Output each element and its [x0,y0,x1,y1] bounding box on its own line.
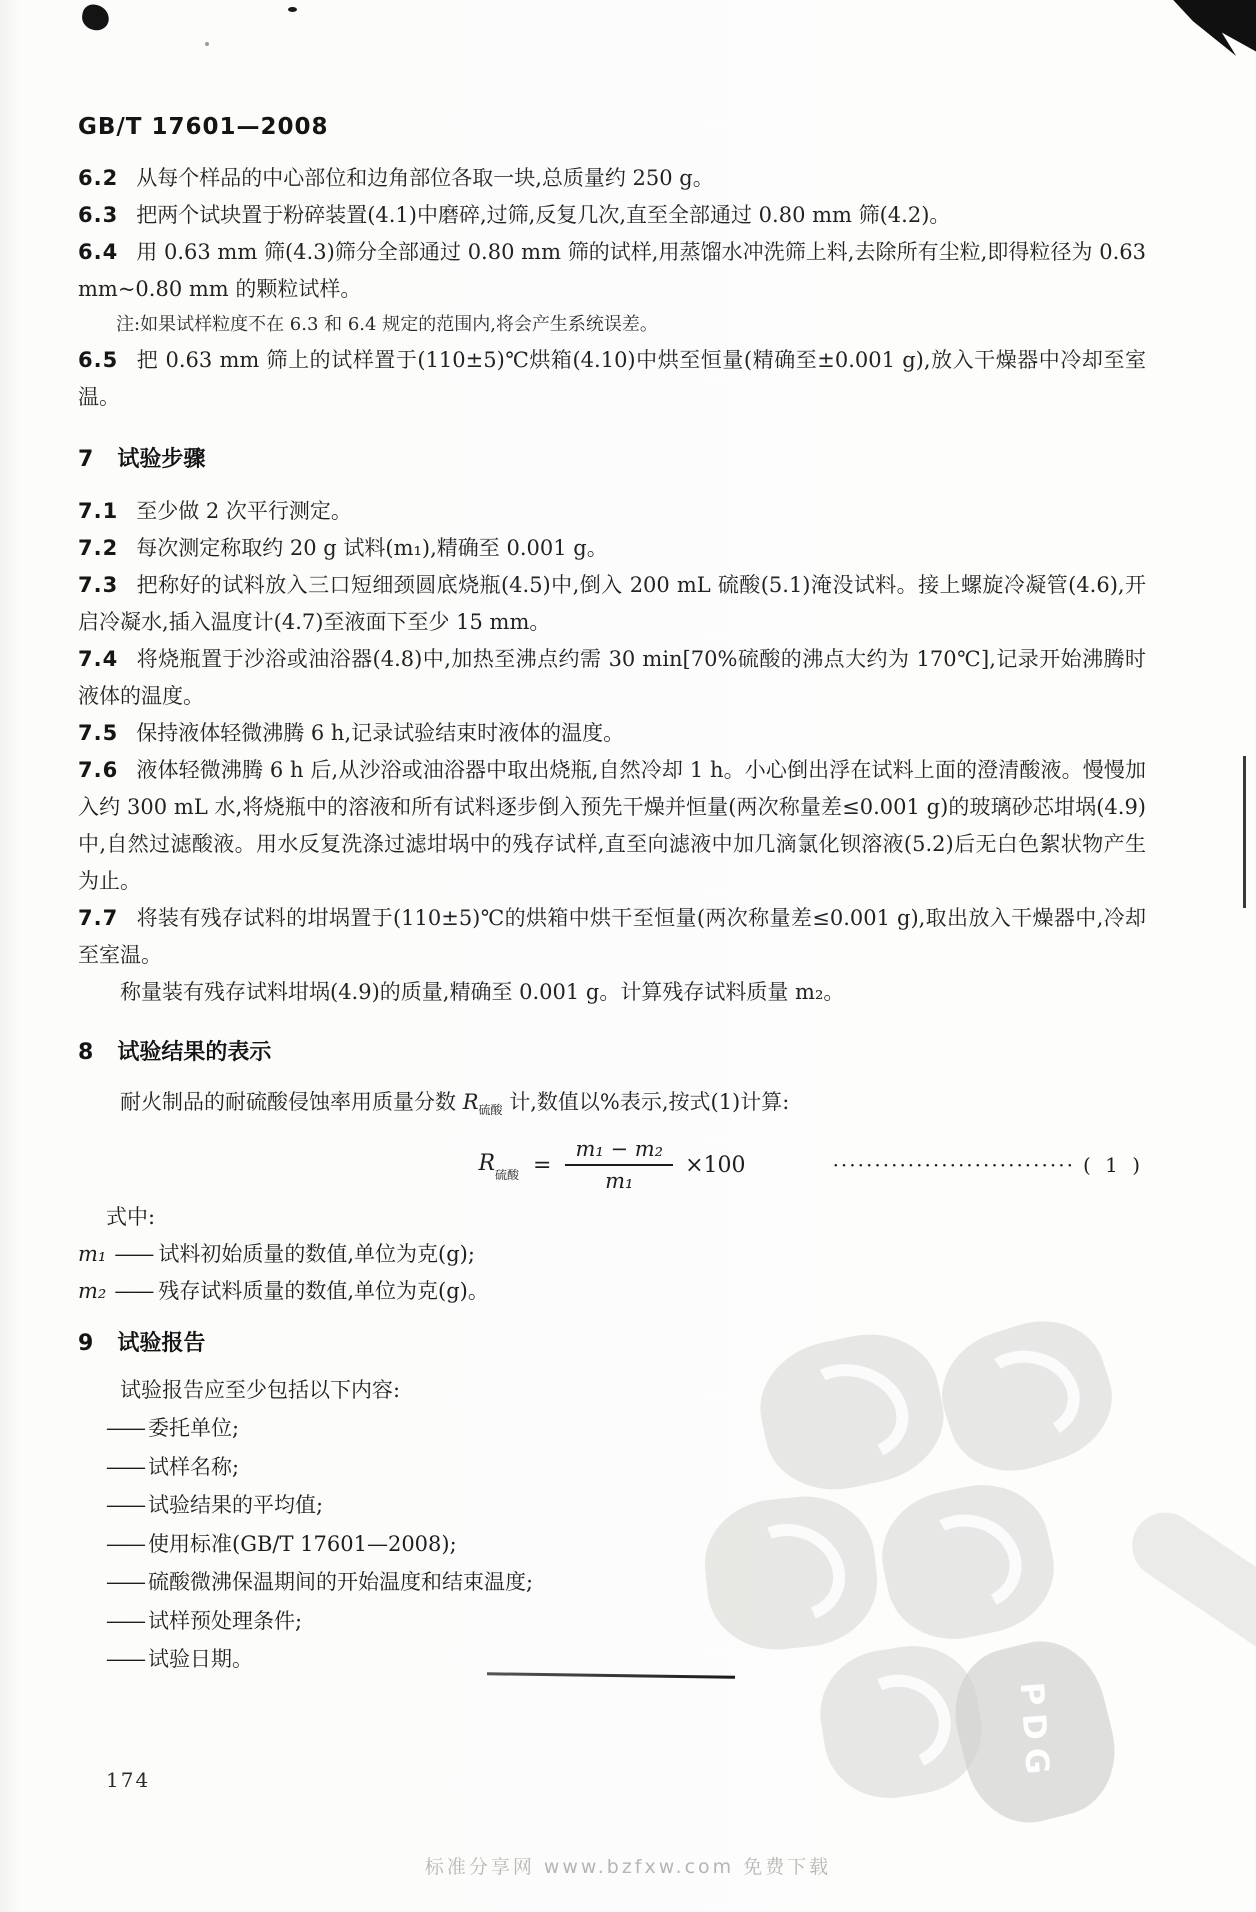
symbol-m2: m₂ [78,1279,106,1303]
standard-number: GB/T 17601—2008 [78,114,329,140]
item-dash: —— [106,1532,144,1556]
report-item: ——试样预处理条件; [78,1602,1146,1641]
clause-number: 7.2 [78,536,118,560]
r-subscript: 硫酸 [495,1168,519,1182]
clause-7-2: 7.2每次测定称取约 20 g 试料(m₁),精确至 0.001 g。 [78,530,1146,567]
equals-sign: = [533,1153,551,1178]
clause-7-7-extra: 称量装有残存试料坩埚(4.9)的质量,精确至 0.001 g。计算残存试料质量 … [78,974,1146,1011]
item-dash: —— [106,1609,144,1633]
dot-leader: ····························· [833,1153,1075,1177]
section-number: 8 [78,1040,93,1065]
clause-text: 把 0.63 mm 筛上的试样置于(110±5)℃烘箱(4.10)中烘至恒量(精… [78,348,1146,409]
clause-text: 液体轻微沸腾 6 h 后,从沙浴或油浴器中取出烧瓶,自然冷却 1 h。小心倒出浮… [78,758,1146,893]
clause-text: 将装有残存试料的坩埚置于(110±5)℃的烘箱中烘干至恒量(两次称量差≤0.00… [78,906,1146,967]
equation-leader: ····························· ( 1 ) [833,1153,1144,1177]
item-text: 硫酸微沸保温期间的开始温度和结束温度; [148,1570,533,1594]
definition-m1: m₁——试料初始质量的数值,单位为克(g); [78,1236,1146,1273]
multiplier: ×100 [685,1153,745,1178]
section-8-heading: 8试验结果的表示 [78,1035,1146,1066]
r-symbol: R [463,1090,479,1114]
item-dash: —— [106,1493,144,1517]
scan-ink-blob-top-left [80,2,112,32]
definition-dash: —— [114,1279,152,1303]
symbol-m1: m₁ [78,1242,106,1266]
definition-m2: m₂——残存试料质量的数值,单位为克(g)。 [78,1273,1146,1310]
section-number: 7 [78,447,93,472]
clause-number: 7.4 [78,647,118,671]
scan-speck [288,7,297,12]
clause-number: 6.2 [78,166,118,190]
item-text: 试验结果的平均值; [148,1493,323,1517]
clause-number: 7.1 [78,499,118,523]
section-9-intro: 试验报告应至少包括以下内容: [78,1371,1146,1409]
where-label: 式中: [78,1199,1146,1236]
r-symbol: R [478,1151,495,1176]
report-item: ——硫酸微沸保温期间的开始温度和结束温度; [78,1563,1146,1602]
clause-text: 从每个样品的中心部位和边角部位各取一块,总质量约 250 g。 [136,166,714,190]
report-item: ——使用标准(GB/T 17601—2008); [78,1525,1146,1564]
footer-site-note: 标准分享网 www.bzfxw.com 免费下载 [0,1852,1256,1879]
item-text: 试验日期。 [148,1647,253,1671]
watermark-pdg-label: PDG [1013,1681,1058,1784]
fraction: m₁ − m₂ m₁ [565,1137,673,1193]
section-7-heading: 7试验步骤 [78,442,1146,473]
item-text: 委托单位; [148,1416,239,1440]
section-number: 9 [78,1331,93,1356]
definition-text: 试料初始质量的数值,单位为克(g); [158,1242,475,1266]
scan-ink-blob-top-right [1166,0,1256,56]
item-text: 试样预处理条件; [148,1609,302,1633]
equation-number: ( 1 ) [1083,1153,1144,1177]
intro-text: 耐火制品的耐硫酸侵蚀率用质量分数 [120,1090,463,1114]
clause-number: 7.3 [78,573,118,597]
clause-text: 把两个试块置于粉碎装置(4.1)中磨碎,过筛,反复几次,直至全部通过 0.80 … [136,203,950,227]
clause-number: 7.5 [78,721,118,745]
definition-text: 残存试料质量的数值,单位为克(g)。 [158,1279,489,1303]
clause-7-6: 7.6液体轻微沸腾 6 h 后,从沙浴或油浴器中取出烧瓶,自然冷却 1 h。小心… [78,752,1146,900]
clause-text: 将烧瓶置于沙浴或油浴器(4.8)中,加热至沸点约需 30 min[70%硫酸的沸… [78,647,1146,708]
clause-number: 6.4 [78,240,118,264]
scanned-standard-page: PDG GB/T 17601—2008 6.2从每个样品的中心部位和边角部位各取… [0,0,1256,1912]
scan-speck [205,42,209,46]
fraction-numerator: m₁ − m₂ [565,1137,673,1166]
clause-number: 7.6 [78,758,118,782]
clause-6-4: 6.4用 0.63 mm 筛(4.3)筛分全部通过 0.80 mm 筛的试样,用… [78,234,1146,308]
note-6: 注:如果试样粒度不在 6.3 和 6.4 规定的范围内,将会产生系统误差。 [78,308,1146,342]
clause-text: 用 0.63 mm 筛(4.3)筛分全部通过 0.80 mm 筛的试样,用蒸馏水… [78,240,1146,301]
clause-7-5: 7.5保持液体轻微沸腾 6 h,记录试验结束时液体的温度。 [78,715,1146,752]
definition-dash: —— [114,1242,152,1266]
clause-text: 保持液体轻微沸腾 6 h,记录试验结束时液体的温度。 [136,721,624,745]
report-item: ——试验结果的平均值; [78,1486,1146,1525]
report-item: ——委托单位; [78,1409,1146,1448]
clause-text: 至少做 2 次平行测定。 [136,499,352,523]
equation-1: R硫酸 = m₁ − m₂ m₁ ×100 ··················… [78,1131,1146,1199]
clause-6-3: 6.3把两个试块置于粉碎装置(4.1)中磨碎,过筛,反复几次,直至全部通过 0.… [78,197,1146,234]
section-title: 试验步骤 [117,447,205,472]
report-item: ——试样名称; [78,1448,1146,1487]
item-dash: —— [106,1570,144,1594]
document-body: 6.2从每个样品的中心部位和边角部位各取一块,总质量约 250 g。 6.3把两… [78,160,1146,1679]
clause-number: 6.3 [78,203,118,227]
section-title: 试验结果的表示 [117,1040,271,1065]
item-dash: —— [106,1455,144,1479]
page-number: 174 [106,1768,150,1792]
clause-number: 6.5 [78,348,118,372]
report-item: ——试验日期。 [78,1640,1146,1679]
section-8-intro: 耐火制品的耐硫酸侵蚀率用质量分数 R硫酸 计,数值以%表示,按式(1)计算: [78,1084,1146,1129]
clause-text: 把称好的试料放入三口短细颈圆底烧瓶(4.5)中,倒入 200 mL 硫酸(5.1… [78,573,1146,634]
clause-7-3: 7.3把称好的试料放入三口短细颈圆底烧瓶(4.5)中,倒入 200 mL 硫酸(… [78,567,1146,641]
item-dash: —— [106,1647,144,1671]
item-text: 使用标准(GB/T 17601—2008); [148,1532,457,1556]
scan-edge-line [1243,756,1246,908]
clause-number: 7.7 [78,906,118,930]
clause-7-7: 7.7将装有残存试料的坩埚置于(110±5)℃的烘箱中烘干至恒量(两次称量差≤0… [78,900,1146,974]
clause-6-5: 6.5把 0.63 mm 筛上的试样置于(110±5)℃烘箱(4.10)中烘至恒… [78,342,1146,416]
r-subscript: 硫酸 [479,1103,503,1117]
intro-text: 计,数值以%表示,按式(1)计算: [503,1090,790,1114]
section-title: 试验报告 [117,1331,205,1356]
clause-7-1: 7.1至少做 2 次平行测定。 [78,493,1146,530]
equation-expression: R硫酸 = m₁ − m₂ m₁ ×100 [478,1137,745,1193]
item-text: 试样名称; [148,1455,239,1479]
clause-7-4: 7.4将烧瓶置于沙浴或油浴器(4.8)中,加热至沸点约需 30 min[70%硫… [78,641,1146,715]
section-9-heading: 9试验报告 [78,1326,1146,1357]
item-dash: —— [106,1416,144,1440]
fraction-denominator: m₁ [605,1166,633,1193]
clause-6-2: 6.2从每个样品的中心部位和边角部位各取一块,总质量约 250 g。 [78,160,1146,197]
equation-lhs: R硫酸 [478,1151,519,1179]
clause-text: 每次测定称取约 20 g 试料(m₁),精确至 0.001 g。 [136,536,608,560]
